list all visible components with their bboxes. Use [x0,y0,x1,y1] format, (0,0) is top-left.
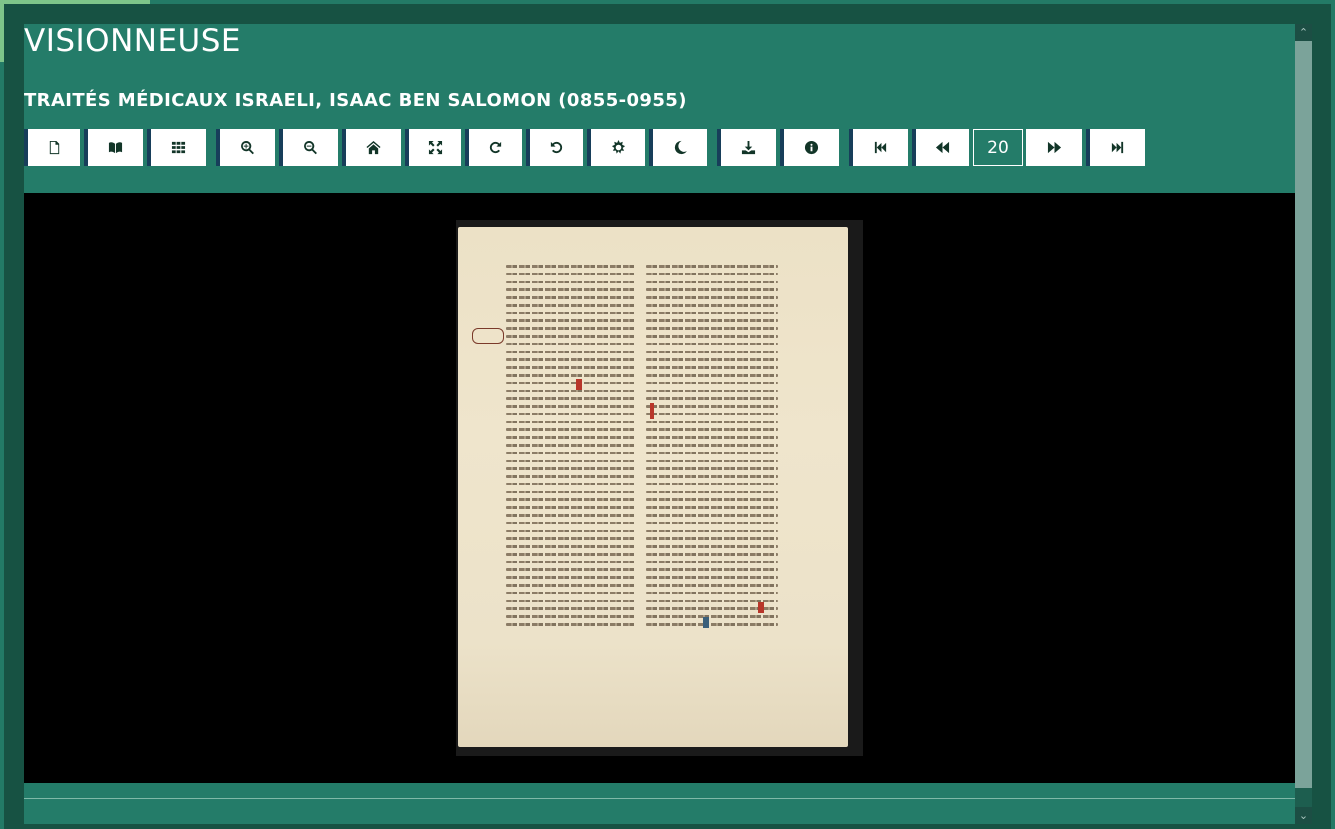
previous-page-button[interactable] [912,129,969,166]
scroll-down-button[interactable]: ⌄ [1295,807,1312,824]
fast-backward-icon [873,140,888,155]
moon-icon [673,140,688,155]
grid-view-button[interactable] [147,129,206,166]
zoom-out-icon [303,140,318,155]
viewer-panel: VISIONNEUSE TRAITÉS MÉDICAUX ISRAELI, IS… [24,24,1295,824]
rotate-left-icon [549,140,564,155]
scroll-thumb[interactable] [1295,41,1312,788]
forward-icon [1047,140,1062,155]
rubric-initial [650,403,654,419]
fast-forward-icon [1110,140,1125,155]
text-column-left [506,265,636,631]
file-icon [47,140,62,155]
book-open-icon [108,140,123,155]
single-page-button[interactable] [24,129,80,166]
grid-icon [171,140,186,155]
brightness-button[interactable] [587,129,645,166]
scroll-up-button[interactable]: ⌃ [1295,24,1312,41]
dark-mode-button[interactable] [649,129,707,166]
home-button[interactable] [342,129,401,166]
info-button[interactable] [780,129,839,166]
fullscreen-button[interactable] [405,129,461,166]
zoom-in-icon [240,140,255,155]
last-page-button[interactable] [1086,129,1145,166]
rotate-right-button[interactable] [465,129,522,166]
next-page-button[interactable] [1026,129,1082,166]
manuscript-page-image [456,220,863,756]
book-view-button[interactable] [84,129,143,166]
rotate-left-button[interactable] [526,129,583,166]
manuscript-vellum [458,227,848,747]
rotate-right-icon [488,140,503,155]
vertical-scrollbar[interactable]: ⌃ ⌄ [1295,24,1312,824]
text-column-right [646,265,778,631]
toolbar [24,129,1149,167]
image-viewer[interactable] [24,193,1295,783]
footer-divider [24,798,1295,799]
page-number-input[interactable] [973,129,1023,166]
download-button[interactable] [717,129,776,166]
marginal-note [472,328,504,344]
document-title: TRAITÉS MÉDICAUX ISRAELI, ISAAC BEN SALO… [24,90,687,111]
rubric-initial [758,602,764,613]
page-title: VISIONNEUSE [24,24,241,58]
sun-icon [611,140,626,155]
download-icon [741,140,756,155]
info-icon [804,140,819,155]
first-page-button[interactable] [849,129,908,166]
backward-icon [935,140,950,155]
rubric-initial [576,379,582,390]
expand-icon [428,140,443,155]
blue-initial [703,617,709,628]
zoom-out-button[interactable] [279,129,338,166]
zoom-in-button[interactable] [216,129,275,166]
home-icon [366,140,381,155]
